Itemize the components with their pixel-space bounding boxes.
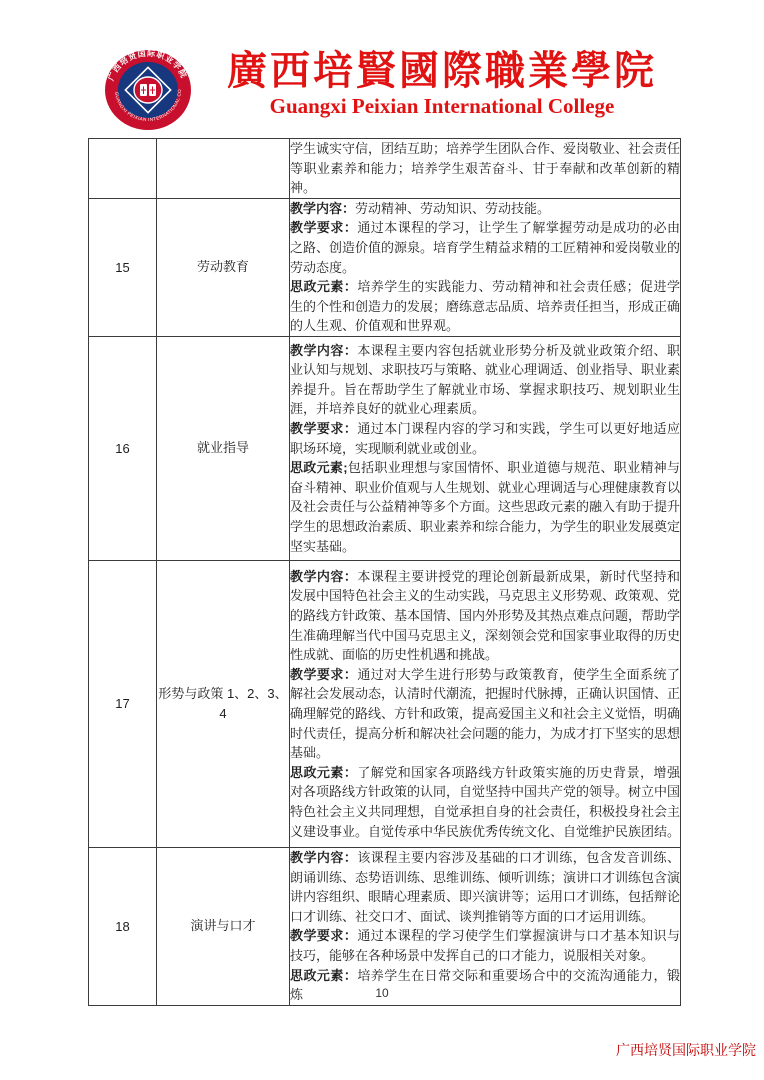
paragraph-label: 教学要求： [290, 667, 357, 682]
content-paragraph: 教学要求：通过本门课程内容的学习和实践，学生可以更好地适应职场环境，实现顺利就业… [290, 419, 680, 458]
row-number [89, 139, 157, 199]
paragraph-label: 教学内容： [290, 569, 357, 584]
row-number: 18 [89, 847, 157, 1005]
paragraph-label: 教学内容： [290, 850, 357, 865]
row-content: 教学内容：该课程主要内容涉及基础的口才训练，包含发音训练、朗诵训练、态势语训练、… [290, 847, 681, 1005]
paragraph-label: 教学要求： [290, 928, 357, 943]
paragraph-label: 教学要求： [290, 421, 357, 436]
row-content: 教学内容：本课程主要内容包括就业形势分析及就业政策介绍、职业认知与规划、求职技巧… [290, 336, 681, 560]
row-number: 17 [89, 560, 157, 847]
paragraph-label: 教学内容： [290, 201, 355, 216]
content-paragraph: 学生诚实守信，团结互助；培养学生团队合作、爱岗敬业、社会责任等职业素养和能力；培… [290, 139, 680, 198]
table-row: 17 形势与政策 1、2、3、4 教学内容：本课程主要讲授党的理论创新最新成果，… [89, 560, 681, 847]
page-header: 广西培贤国际职业学院 GUANGXI PEIXIAN INTERNATIONAL… [96, 46, 676, 136]
content-paragraph: 教学要求：通过本课程的学习使学生们掌握演讲与口才基本知识与技巧，能够在各种场景中… [290, 926, 680, 965]
table-row: 18 演讲与口才 教学内容：该课程主要内容涉及基础的口才训练，包含发音训练、朗诵… [89, 847, 681, 1005]
document-page: 广西培贤国际职业学院 GUANGXI PEIXIAN INTERNATIONAL… [0, 0, 764, 1080]
course-table-body: 学生诚实守信，团结互助；培养学生团队合作、爱岗敬业、社会责任等职业素养和能力；培… [89, 139, 681, 1006]
paragraph-label: 思政元素： [290, 765, 357, 780]
content-paragraph: 教学要求：通过对大学生进行形势与政策教育，使学生全面系统了解社会发展动态，认清时… [290, 665, 680, 763]
content-paragraph: 教学内容：该课程主要内容涉及基础的口才训练，包含发音训练、朗诵训练、态势语训练、… [290, 848, 680, 926]
content-paragraph: 教学要求：通过本课程的学习，让学生了解掌握劳动是成功的必由之路、创造价值的源泉。… [290, 218, 680, 277]
row-number: 15 [89, 198, 157, 336]
row-number: 16 [89, 336, 157, 560]
paragraph-label: 教学内容： [290, 343, 357, 358]
paragraph-label: 思政元素： [290, 279, 357, 294]
table-row: 15 劳动教育 教学内容：劳动精神、劳动知识、劳动技能。教学要求：通过本课程的学… [89, 198, 681, 336]
course-name: 演讲与口才 [157, 847, 290, 1005]
content-paragraph: 思政元素：培养学生的实践能力、劳动精神和社会责任感；促进学生的个性和创造力的发展… [290, 277, 680, 336]
paragraph-label: 教学要求： [290, 220, 357, 235]
table-row: 学生诚实守信，团结互助；培养学生团队合作、爱岗敬业、社会责任等职业素养和能力；培… [89, 139, 681, 199]
college-title-chinese: 廣西培賢國際職業學院 [208, 48, 676, 94]
course-name: 劳动教育 [157, 198, 290, 336]
content-paragraph: 教学内容：本课程主要内容包括就业形势分析及就业政策介绍、职业认知与规划、求职技巧… [290, 341, 680, 419]
table-row: 16 就业指导 教学内容：本课程主要内容包括就业形势分析及就业政策介绍、职业认知… [89, 336, 681, 560]
content-paragraph: 思政元素：了解党和国家各项路线方针政策实施的历史背景，增强对各项路线方针政策的认… [290, 763, 680, 841]
paragraph-label: 思政元素： [290, 968, 357, 983]
paragraph-label: 思政元素; [290, 460, 348, 475]
college-seal-icon: 广西培贤国际职业学院 GUANGXI PEIXIAN INTERNATIONAL… [98, 48, 198, 132]
content-paragraph: 思政元素;包括职业理想与家国情怀、职业道德与规范、职业精神与奋斗精神、职业价值观… [290, 458, 680, 556]
course-table: 学生诚实守信，团结互助；培养学生团队合作、爱岗敬业、社会责任等职业素养和能力；培… [88, 138, 681, 1006]
course-name [157, 139, 290, 199]
content-paragraph: 教学内容：劳动精神、劳动知识、劳动技能。 [290, 199, 680, 219]
course-name: 形势与政策 1、2、3、4 [157, 560, 290, 847]
footer-institution: 广西培贤国际职业学院 [616, 1040, 756, 1060]
college-title-block: 廣西培賢國際職業學院 Guangxi Peixian International… [208, 48, 676, 132]
course-name: 就业指导 [157, 336, 290, 560]
page-number: 10 [0, 986, 764, 1000]
content-paragraph: 教学内容：本课程主要讲授党的理论创新最新成果，新时代坚持和发展中国特色社会主义的… [290, 567, 680, 665]
row-content: 学生诚实守信，团结互助；培养学生团队合作、爱岗敬业、社会责任等职业素养和能力；培… [290, 139, 681, 199]
row-content: 教学内容：本课程主要讲授党的理论创新最新成果，新时代坚持和发展中国特色社会主义的… [290, 560, 681, 847]
row-content: 教学内容：劳动精神、劳动知识、劳动技能。教学要求：通过本课程的学习，让学生了解掌… [290, 198, 681, 336]
college-title-english: Guangxi Peixian International College [208, 94, 676, 118]
